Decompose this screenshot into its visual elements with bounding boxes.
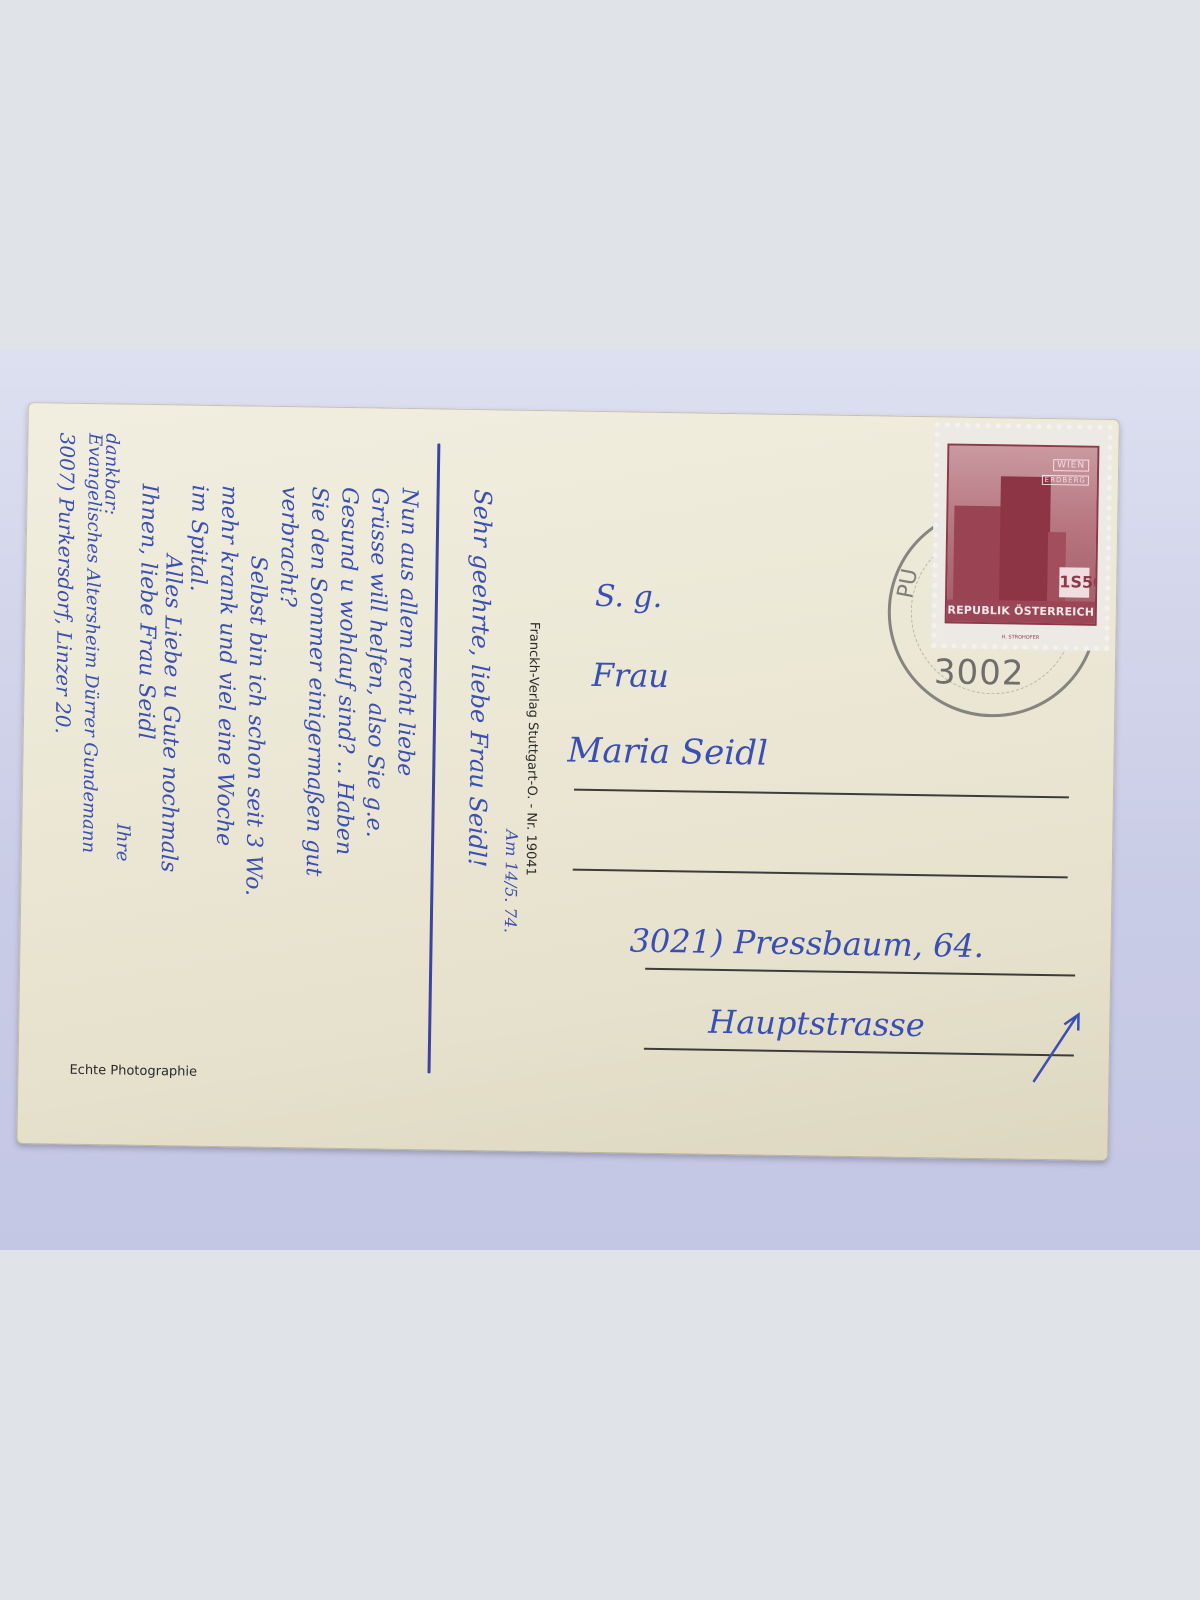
message-line: Selbst bin ich schon seit 3 Wo. bbox=[240, 555, 270, 896]
postcard: Sehr geehrte, liebe Frau Seidl! Am 14/5.… bbox=[16, 402, 1120, 1161]
publisher-imprint: Franckh-Verlag Stuttgart-O. - Nr. 19041 bbox=[523, 622, 542, 876]
message-line: verbracht? bbox=[275, 486, 302, 607]
tower-icon bbox=[999, 476, 1051, 607]
postage-stamp: WIEN ERDBERG 1S50 REPUBLIK ÖSTERREICH H.… bbox=[931, 422, 1113, 651]
address-title: Frau bbox=[591, 656, 669, 695]
message-salutation-line1: Sehr geehrte, liebe Frau Seidl! bbox=[463, 489, 497, 868]
address-honorific: S. g. bbox=[595, 579, 663, 615]
photo-label: Echte Photographie bbox=[69, 1063, 197, 1080]
message-line: Sie den Sommer einigermaßen gut bbox=[301, 486, 332, 876]
address-street: Hauptstrasse bbox=[708, 1003, 925, 1044]
stamp-city: WIEN bbox=[1053, 459, 1089, 472]
message-line: Grüsse will helfen, also Sie g.e. bbox=[361, 487, 391, 838]
address-line-1 bbox=[574, 789, 1069, 799]
message-line: im Spital. bbox=[185, 485, 212, 592]
address-line-3 bbox=[645, 968, 1075, 977]
stamp-engraver: H. STROHOFER bbox=[936, 633, 1104, 642]
address-line-4 bbox=[644, 1048, 1074, 1057]
message-line: mehr krank und viel eine Woche bbox=[211, 485, 242, 846]
message-sender-address: 3007) Purkersdorf, Linzer 20. bbox=[51, 432, 80, 734]
address-name: Maria Seidl bbox=[567, 731, 768, 774]
message-line: Gesund u wohlauf sind? .. Haben bbox=[331, 487, 362, 855]
stamp-district: ERDBERG bbox=[1042, 475, 1089, 486]
message-line: Ihre bbox=[112, 823, 134, 861]
arrow-icon bbox=[1027, 1008, 1088, 1089]
message-line: Alles Liebe u Gute nochmals bbox=[156, 554, 186, 872]
message-sender-line: Evangelisches Altersheim Dürrer Gundeman… bbox=[78, 433, 106, 853]
message-line: Ihnen, liebe Frau Seidl bbox=[133, 484, 162, 740]
message-date: Am 14/5. 74. bbox=[501, 830, 522, 934]
message-address-divider bbox=[428, 443, 441, 1073]
building-icon bbox=[953, 506, 1005, 607]
postmark-postal-code: 3002 bbox=[934, 652, 1025, 693]
stamp-value: 1S50 bbox=[1059, 567, 1089, 597]
message-line: Nun aus allem recht liebe bbox=[392, 488, 422, 777]
stamp-country: REPUBLIK ÖSTERREICH bbox=[947, 599, 1095, 623]
address-city: 3021) Pressbaum, 64. bbox=[629, 922, 984, 966]
address-line-2 bbox=[573, 869, 1068, 879]
